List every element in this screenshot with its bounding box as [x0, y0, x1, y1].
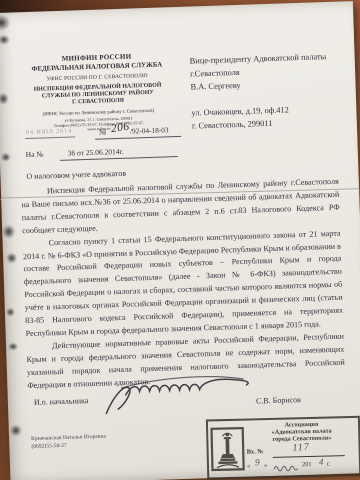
binding-smudge: [10, 424, 22, 436]
incoming-registration-stamp: Ассоциация «Адвокатская палата города Се…: [206, 416, 360, 480]
binding-smudge: [0, 93, 9, 105]
number-sign: №: [99, 127, 106, 136]
binding-smudge: [0, 15, 11, 32]
stamp-text-block: Ассоциация «Адвокатская палата города Се…: [244, 420, 357, 475]
incoming-number-row: Вх. № 117: [247, 443, 347, 457]
binding-smudge: [6, 252, 17, 263]
handwritten-month-scribble-icon: [273, 462, 299, 472]
signer-name: С.В. Борисов: [256, 395, 301, 405]
incoming-date-row: « 9 » 201 4 г.: [247, 458, 349, 472]
signer-position: И.о. начальника: [34, 396, 89, 407]
outgoing-date-stamp: 04 ИЮЛ 2014: [25, 128, 76, 139]
outgoing-number-suffix: /92-04-18-03: [130, 125, 169, 135]
reply-label: На №: [26, 149, 44, 159]
letter-body: Инспекция Федеральной налоговой службы п…: [21, 176, 346, 393]
handwritten-day: 9: [255, 458, 260, 468]
quote-close: »: [264, 462, 267, 469]
document-paper: МИНФИН РОССИИ ФЕДЕРАЛЬНАЯ НАЛОГОВАЯ СЛУЖ…: [0, 1, 360, 480]
binding-smudge: [2, 224, 15, 238]
handwritten-outgoing-number: 206: [110, 121, 130, 135]
reply-value: 36 от 25.06.2014г.: [60, 145, 178, 161]
subject-line: О налоговом учете адвокатов: [26, 169, 126, 181]
binding-smudge: [0, 35, 10, 45]
executor-contact: Кривчанская Наталья Игоревна (0692)55-58…: [31, 434, 106, 452]
handwritten-incoming-number: 117: [292, 442, 310, 454]
stamp-emblem-icon: [210, 423, 245, 476]
printed-year: 201: [302, 461, 312, 468]
body-paragraph-2: Согласно пункту 1 статьи 15 Федерального…: [22, 227, 343, 341]
year-suffix: г.: [327, 461, 331, 468]
quote-open: «: [247, 462, 250, 469]
binding-smudge: [1, 153, 11, 162]
addressee-block: Вице-президенту Адвокатской палаты г.Сев…: [189, 49, 353, 132]
reference-underline: [95, 136, 181, 140]
binding-smudge: [8, 342, 18, 350]
photo-of-document: МИНФИН РОССИИ ФЕДЕРАЛЬНАЯ НАЛОГОВАЯ СЛУЖ…: [0, 0, 360, 480]
binding-smudge: [6, 308, 15, 317]
incoming-number-label: Вх. №: [247, 448, 264, 455]
handwritten-year-digit: 4: [319, 457, 324, 467]
executor-phone: (0692)55-58-27: [31, 441, 106, 451]
signature-scrawl-icon: [91, 370, 262, 418]
